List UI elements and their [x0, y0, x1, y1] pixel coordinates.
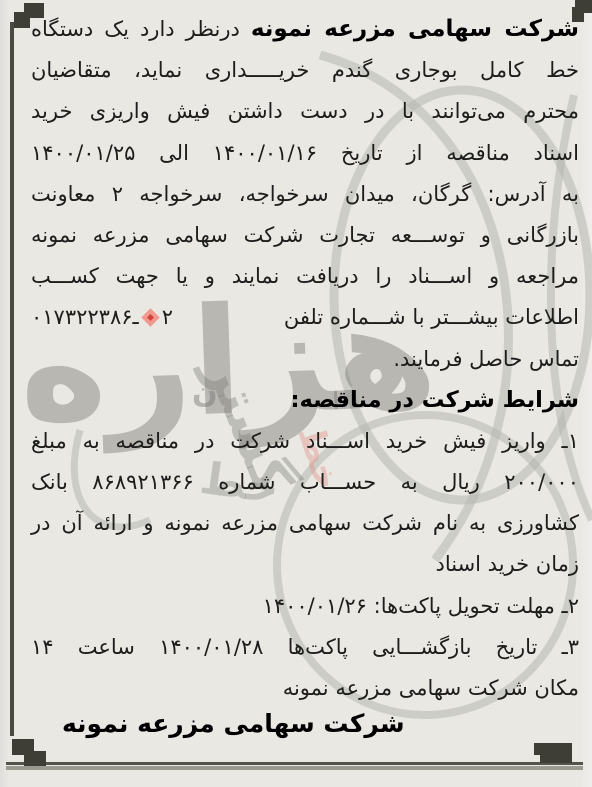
ad-line-9: تماس حاصل فرمایند. [31, 339, 579, 380]
frame-left-border [10, 22, 14, 736]
company-name-bold: شرکت سهامی مزرعه نمونه [251, 16, 579, 42]
ad-line-4: اسناد مناقصه از تاریخ ۱۴۰۰/۰۱/۱۶ الی ۱۴۰… [31, 133, 579, 174]
ad-line-7: مراجعه و اســـناد را دریافت نمایند و یا … [31, 256, 579, 297]
ad-line-10: شرایط شرکت در مناقصه: [31, 380, 579, 421]
phone-number: ۰۱۷ـ۳۲۲۳۸۶۲ [31, 297, 173, 338]
ad-line-6: بازرگانی و توســـعه تجارت شرکت سهامی مزر… [31, 215, 579, 256]
frame-corner-bottom-right [534, 743, 548, 755]
ad-line-5: به آدرس: گرگان، میدان سرخواجه، سرخواجه ۲… [31, 174, 579, 215]
newspaper-ad-page: { "document": { "type_label": "آگهی مناق… [0, 0, 592, 787]
phone-line-text: اطلاعات بیشـــتر با شـــماره تلفن [284, 297, 579, 338]
frame-corner-top-left [14, 12, 30, 28]
ad-line-14: زمان خرید اسناد [31, 544, 579, 585]
red-diamond-mark [141, 309, 159, 327]
ad-line-2: خط کامل بوجاری گندم خریـــــداری نماید، … [31, 50, 579, 91]
phone-number-right: ۲ [162, 297, 173, 338]
ad-line-11: ۱ـ واریز فیش خرید اســـناد شرکت در مناقص… [31, 421, 579, 462]
phone-number-left: ۰۱۷ـ۳۲۲۳۸۶ [31, 297, 139, 338]
ad-line-3: محترم می‌توانند با در دست داشتن فیش واری… [31, 91, 579, 132]
ad-frame: هزاره ن گستر خط خط شرکت سهامی مزرعه نمون… [0, 0, 592, 787]
ad-line-1: شرکت سهامی مزرعه نمونه درنظر دارد یک دست… [31, 9, 579, 50]
ad-line-17: مکان شرکت سهامی مزرعه نمونه [31, 668, 579, 709]
ad-line-13: کشاورزی به نام شرکت سهامی مزرعه نمونه و … [31, 503, 579, 544]
frame-corner-bottom-left [24, 751, 46, 766]
ad-line-text: درنظر دارد یک دستگاه [31, 17, 251, 41]
ad-line-12: ۲۰۰/۰۰۰ ریال به حســـاب شماره ۸۶۸۹۲۱۳۶۶ … [31, 462, 579, 503]
ad-line-16: ۳ـ تاریخ بازگشـــایی پاکت‌ها ۱۴۰۰/۰۱/۲۸ … [31, 627, 579, 668]
ad-line-15: ۲ـ مهلت تحویل پاکت‌ها: ۱۴۰۰/۰۱/۲۶ [31, 586, 579, 627]
signature: شرکت سهامی مزرعه نمونه [62, 709, 405, 738]
ad-line-8: اطلاعات بیشـــتر با شـــماره تلفن۰۱۷ـ۳۲۲… [31, 297, 579, 338]
frame-bottom-border [6, 762, 583, 770]
ad-body: شرکت سهامی مزرعه نمونه درنظر دارد یک دست… [31, 9, 579, 709]
